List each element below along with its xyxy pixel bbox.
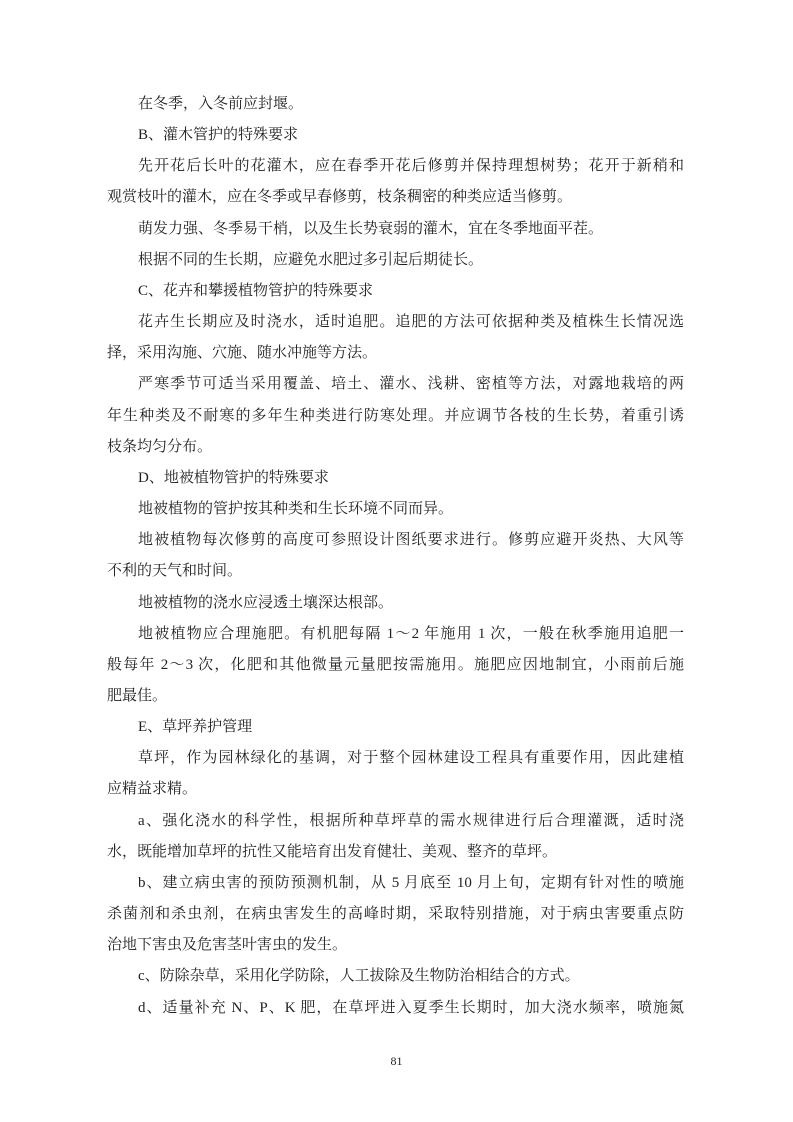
paragraph: D、地被植物管护的特殊要求 xyxy=(107,463,684,494)
text-line: D、地被植物管护的特殊要求 xyxy=(107,463,684,494)
text-line: 般每年 2～3 次，化肥和其他微量元量肥按需施用。施肥应因地制宜，小雨前后施 xyxy=(107,650,684,681)
text-line: 水，既能增加草坪的抗性又能培育出发育健壮、美观、整齐的草坪。 xyxy=(107,837,684,868)
paragraph: 根据不同的生长期，应避免水肥过多引起后期徒长。 xyxy=(107,245,684,276)
text-line: 地被植物应合理施肥。有机肥每隔 1～2 年施用 1 次，一般在秋季施用追肥一 xyxy=(107,619,684,650)
document-body: 在冬季，入冬前应封堰。B、灌木管护的特殊要求先开花后长叶的花灌木，应在春季开花后… xyxy=(107,89,684,1024)
text-line: 萌发力强、冬季易干梢，以及生长势衰弱的灌木，宜在冬季地面平茬。 xyxy=(107,214,684,245)
document-page: 在冬季，入冬前应封堰。B、灌木管护的特殊要求先开花后长叶的花灌木，应在春季开花后… xyxy=(0,0,793,1122)
text-line: 草坪，作为园林绿化的基调，对于整个园林建设工程具有重要作用，因此建植 xyxy=(107,743,684,774)
paragraph: 先开花后长叶的花灌木，应在春季开花后修剪并保持理想树势；花开于新稍和观赏枝叶的灌… xyxy=(107,151,684,213)
paragraph: 萌发力强、冬季易干梢，以及生长势衰弱的灌木，宜在冬季地面平茬。 xyxy=(107,214,684,245)
text-line: 治地下害虫及危害茎叶害虫的发生。 xyxy=(107,930,684,961)
paragraph: 严寒季节可适当采用覆盖、培土、灌水、浅耕、密植等方法，对露地栽培的两年生种类及不… xyxy=(107,369,684,462)
paragraph: 草坪，作为园林绿化的基调，对于整个园林建设工程具有重要作用，因此建植应精益求精。 xyxy=(107,743,684,805)
text-line: 地被植物每次修剪的高度可参照设计图纸要求进行。修剪应避开炎热、大风等 xyxy=(107,525,684,556)
text-line: 严寒季节可适当采用覆盖、培土、灌水、浅耕、密植等方法，对露地栽培的两 xyxy=(107,369,684,400)
text-line: 枝条均匀分布。 xyxy=(107,432,684,463)
text-line: 杀菌剂和杀虫剂，在病虫害发生的高峰时期，采取特别措施，对于病虫害要重点防 xyxy=(107,899,684,930)
text-line: a、强化浇水的科学性，根据所种草坪草的需水规律进行后合理灌溉，适时浇 xyxy=(107,806,684,837)
text-line: C、花卉和攀援植物管护的特殊要求 xyxy=(107,276,684,307)
paragraph: C、花卉和攀援植物管护的特殊要求 xyxy=(107,276,684,307)
text-line: B、灌木管护的特殊要求 xyxy=(107,120,684,151)
text-line: 在冬季，入冬前应封堰。 xyxy=(107,89,684,120)
paragraph: 地被植物每次修剪的高度可参照设计图纸要求进行。修剪应避开炎热、大风等不利的天气和… xyxy=(107,525,684,587)
paragraph: a、强化浇水的科学性，根据所种草坪草的需水规律进行后合理灌溉，适时浇水，既能增加… xyxy=(107,806,684,868)
text-line: 花卉生长期应及时浇水，适时追肥。追肥的方法可依据种类及植株生长情况选 xyxy=(107,307,684,338)
text-line: 年生种类及不耐寒的多年生种类进行防寒处理。并应调节各枝的生长势，着重引诱 xyxy=(107,401,684,432)
text-line: 先开花后长叶的花灌木，应在春季开花后修剪并保持理想树势；花开于新稍和 xyxy=(107,151,684,182)
text-line: 地被植物的管护按其种类和生长环境不同而异。 xyxy=(107,494,684,525)
text-line: 肥最佳。 xyxy=(107,681,684,712)
paragraph: E、草坪养护管理 xyxy=(107,712,684,743)
text-line: 不利的天气和时间。 xyxy=(107,556,684,587)
text-line: E、草坪养护管理 xyxy=(107,712,684,743)
text-line: 择，采用沟施、穴施、随水冲施等方法。 xyxy=(107,338,684,369)
paragraph: B、灌木管护的特殊要求 xyxy=(107,120,684,151)
paragraph: 在冬季，入冬前应封堰。 xyxy=(107,89,684,120)
page-footer: 81 xyxy=(0,1052,793,1070)
paragraph: c、防除杂草，采用化学防除，人工拔除及生物防治相结合的方式。 xyxy=(107,961,684,992)
text-line: 地被植物的浇水应浸透土壤深达根部。 xyxy=(107,588,684,619)
text-line: d、适量补充 N、P、K 肥，在草坪进入夏季生长期时，加大浇水频率，喷施氮 xyxy=(107,993,684,1024)
text-line: 根据不同的生长期，应避免水肥过多引起后期徒长。 xyxy=(107,245,684,276)
text-line: 应精益求精。 xyxy=(107,774,684,805)
paragraph: d、适量补充 N、P、K 肥，在草坪进入夏季生长期时，加大浇水频率，喷施氮 xyxy=(107,993,684,1024)
paragraph: 地被植物应合理施肥。有机肥每隔 1～2 年施用 1 次，一般在秋季施用追肥一般每… xyxy=(107,619,684,712)
paragraph: 花卉生长期应及时浇水，适时追肥。追肥的方法可依据种类及植株生长情况选择，采用沟施… xyxy=(107,307,684,369)
page-number: 81 xyxy=(391,1054,403,1068)
paragraph: b、建立病虫害的预防预测机制，从 5 月底至 10 月上旬，定期有针对性的喷施杀… xyxy=(107,868,684,961)
paragraph: 地被植物的浇水应浸透土壤深达根部。 xyxy=(107,588,684,619)
paragraph: 地被植物的管护按其种类和生长环境不同而异。 xyxy=(107,494,684,525)
text-line: 观赏枝叶的灌木，应在冬季或早春修剪，枝条稠密的种类应适当修剪。 xyxy=(107,182,684,213)
text-line: c、防除杂草，采用化学防除，人工拔除及生物防治相结合的方式。 xyxy=(107,961,684,992)
text-line: b、建立病虫害的预防预测机制，从 5 月底至 10 月上旬，定期有针对性的喷施 xyxy=(107,868,684,899)
